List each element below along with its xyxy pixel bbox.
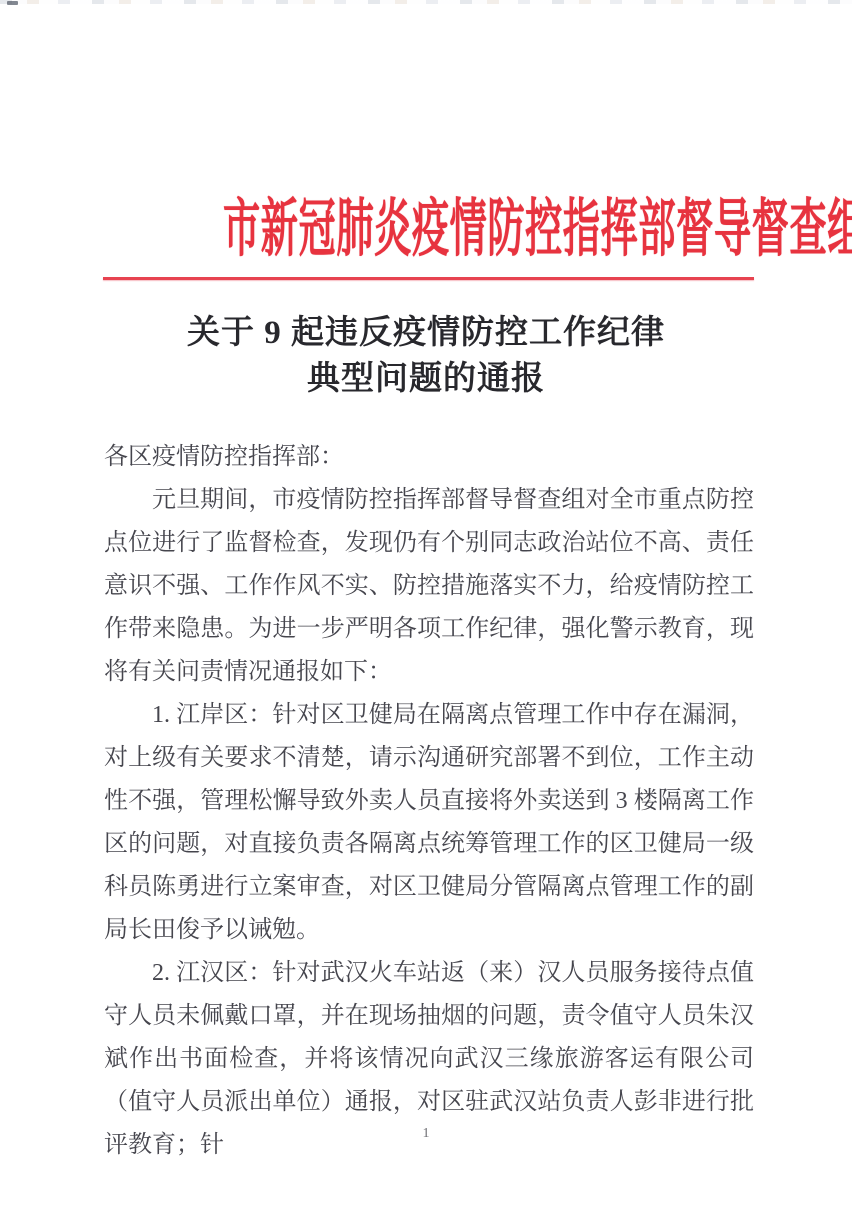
salutation: 各区疫情防控指挥部： xyxy=(104,436,754,479)
body-paragraph: 元旦期间，市疫情防控指挥部督导督查组对全市重点防控点位进行了监督检查，发现仍有个… xyxy=(104,479,754,694)
document-body: 各区疫情防控指挥部： 元旦期间，市疫情防控指挥部督导督查组对全市重点防控点位进行… xyxy=(104,436,754,1167)
document-title: 关于 9 起违反疫情防控工作纪律 典型问题的通报 xyxy=(0,310,852,402)
scan-artifact-speck xyxy=(7,1,18,5)
scan-artifact-strip xyxy=(0,0,852,4)
body-paragraph: 1. 江岸区：针对区卫健局在隔离点管理工作中存在漏洞，对上级有关要求不清楚，请示… xyxy=(104,694,754,952)
document-title-line1: 关于 9 起违反疫情防控工作纪律 xyxy=(0,310,852,356)
document-title-line2: 典型问题的通报 xyxy=(0,356,852,402)
letterhead: 市新冠肺炎疫情防控指挥部督导督查组 xyxy=(0,194,852,264)
letterhead-title: 市新冠肺炎疫情防控指挥部督导督查组 xyxy=(223,194,852,264)
letterhead-red-divider xyxy=(103,277,754,280)
page-number: 1 xyxy=(0,1124,852,1144)
scanned-document-page: 市新冠肺炎疫情防控指挥部督导督查组 关于 9 起违反疫情防控工作纪律 典型问题的… xyxy=(0,0,852,1208)
